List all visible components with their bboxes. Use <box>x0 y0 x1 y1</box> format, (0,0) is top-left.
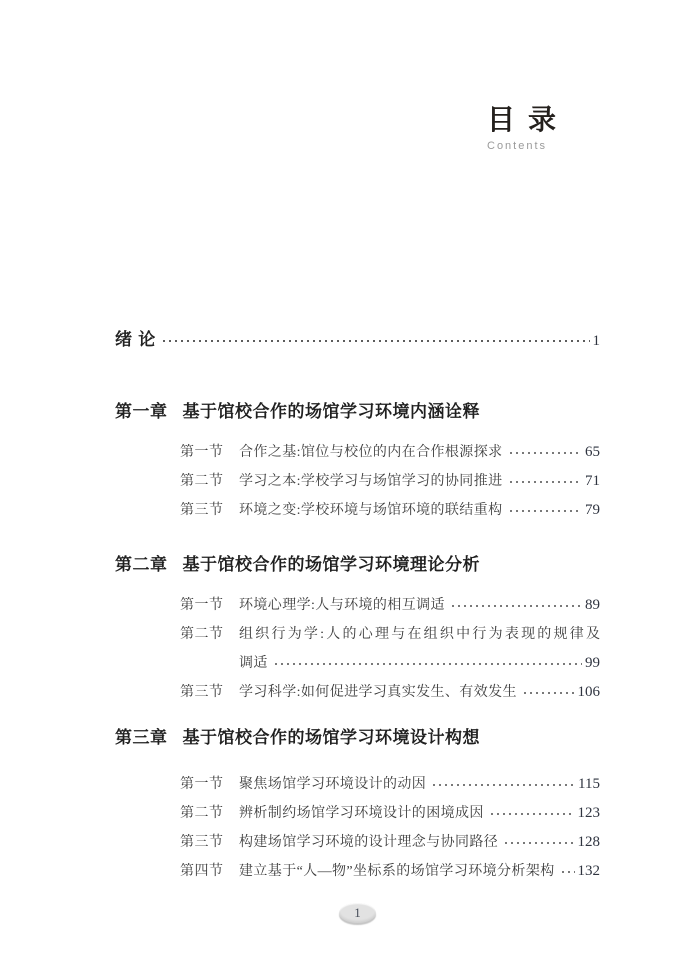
chapter-sections: 第一节 合作之基:馆位与校位的内在合作根源探求 65 第二节 学习之本:学校学习… <box>115 438 600 525</box>
section-label: 第四节 <box>180 857 224 886</box>
page-ref: 65 <box>585 438 600 467</box>
section-title: 建立基于“人—物”坐标系的场馆学习环境分析架构 <box>239 857 555 886</box>
section-label: 第三节 <box>180 496 224 525</box>
section-label: 第二节 <box>180 620 224 649</box>
section-entry: 第一节 环境心理学:人与环境的相互调适 89 <box>180 591 600 620</box>
toc-entry-intro: 绪 论 1 <box>115 328 600 353</box>
intro-title: 绪 论 <box>115 328 156 351</box>
section-title: 学习之本:学校学习与场馆学习的协同推进 <box>239 467 503 496</box>
chapter-sections: 第一节 环境心理学:人与环境的相互调适 89 第二节 组织行为学:人的心理与在组… <box>115 591 600 707</box>
page-ref: 132 <box>578 857 601 886</box>
section-label: 第一节 <box>180 591 224 620</box>
page-footer: 1 <box>115 903 600 923</box>
dot-leader <box>522 678 575 707</box>
page-ref: 123 <box>578 799 601 828</box>
section-label: 第二节 <box>180 799 224 828</box>
section-label: 第二节 <box>180 467 224 496</box>
dot-leader <box>560 857 575 886</box>
section-title: 组织行为学:人的心理与在组织中行为表现的规律及 <box>239 620 600 649</box>
section-title: 辨析制约场馆学习环境设计的困境成因 <box>239 799 484 828</box>
section-entry: 第二节 学习之本:学校学习与场馆学习的协同推进 71 <box>180 467 600 496</box>
section-title: 聚焦场馆学习环境设计的动因 <box>239 770 426 799</box>
chapter-label: 第三章 <box>115 728 168 747</box>
toc-list: 绪 论 1 第一章基于馆校合作的场馆学习环境内涵诠释 第一节 合作之基:馆位与校… <box>115 328 600 886</box>
page-number-badge: 1 <box>339 903 376 923</box>
section-entry: 第三节 学习科学:如何促进学习真实发生、有效发生 106 <box>180 678 600 707</box>
chapter-label: 第二章 <box>115 555 168 574</box>
section-title: 合作之基:馆位与校位的内在合作根源探求 <box>239 438 503 467</box>
section-entry: 第二节 组织行为学:人的心理与在组织中行为表现的规律及 <box>180 620 600 649</box>
dot-leader <box>503 828 574 857</box>
dot-leader <box>450 591 582 620</box>
page-ref: 71 <box>585 467 600 496</box>
dot-leader <box>508 438 583 467</box>
dot-leader <box>489 799 575 828</box>
page-ref: 128 <box>578 828 601 857</box>
dot-leader <box>508 467 583 496</box>
section-title: 学习科学:如何促进学习真实发生、有效发生 <box>239 678 517 707</box>
dot-leader <box>273 649 582 678</box>
section-entry: 第一节 聚焦场馆学习环境设计的动因 115 <box>180 770 600 799</box>
section-label: 第三节 <box>180 678 224 707</box>
section-label: 第一节 <box>180 438 224 467</box>
page-title: 目 录 <box>487 106 559 137</box>
page-ref: 106 <box>578 678 601 707</box>
footer-page-number: 1 <box>354 905 361 921</box>
page-ref: 89 <box>585 591 600 620</box>
chapter-title: 基于馆校合作的场馆学习环境理论分析 <box>183 555 481 574</box>
section-label: 第三节 <box>180 828 224 857</box>
section-title: 环境心理学:人与环境的相互调适 <box>239 591 445 620</box>
dot-leader <box>431 770 575 799</box>
page-ref: 115 <box>578 770 600 799</box>
section-entry: 第二节 辨析制约场馆学习环境设计的困境成因 123 <box>180 799 600 828</box>
section-entry: 第四节 建立基于“人—物”坐标系的场馆学习环境分析架构 132 <box>180 857 600 886</box>
page-subtitle: Contents <box>487 140 559 152</box>
section-label: 第一节 <box>180 770 224 799</box>
chapter-heading: 第一章基于馆校合作的场馆学习环境内涵诠释 <box>115 400 600 423</box>
section-title: 调适 <box>239 649 268 678</box>
chapter-heading: 第三章基于馆校合作的场馆学习环境设计构想 <box>115 726 600 749</box>
chapter-sections: 第一节 聚焦场馆学习环境设计的动因 115 第二节 辨析制约场馆学习环境设计的困… <box>115 770 600 886</box>
section-entry: 第三节 环境之变:学校环境与场馆环境的联结重构 79 <box>180 496 600 525</box>
chapter-title: 基于馆校合作的场馆学习环境设计构想 <box>183 728 481 747</box>
toc-header: 目 录 Contents <box>487 106 559 152</box>
chapter-heading: 第二章基于馆校合作的场馆学习环境理论分析 <box>115 553 600 576</box>
section-title: 构建场馆学习环境的设计理念与协同路径 <box>239 828 498 857</box>
section-entry: 第三节 构建场馆学习环境的设计理念与协同路径 128 <box>180 828 600 857</box>
toc-page: 目 录 Contents 绪 论 1 第一章基于馆校合作的场馆学习环境内涵诠释 … <box>0 0 692 962</box>
page-ref: 1 <box>593 330 601 353</box>
page-ref: 99 <box>585 649 600 678</box>
section-entry: 第一节 合作之基:馆位与校位的内在合作根源探求 65 <box>180 438 600 467</box>
dot-leader <box>508 496 583 525</box>
page-ref: 79 <box>585 496 600 525</box>
section-title: 环境之变:学校环境与场馆环境的联结重构 <box>239 496 503 525</box>
dot-leader <box>161 328 589 353</box>
chapter-title: 基于馆校合作的场馆学习环境内涵诠释 <box>183 402 481 421</box>
section-entry-continuation: 调适 99 <box>180 649 600 678</box>
chapter-label: 第一章 <box>115 402 168 421</box>
